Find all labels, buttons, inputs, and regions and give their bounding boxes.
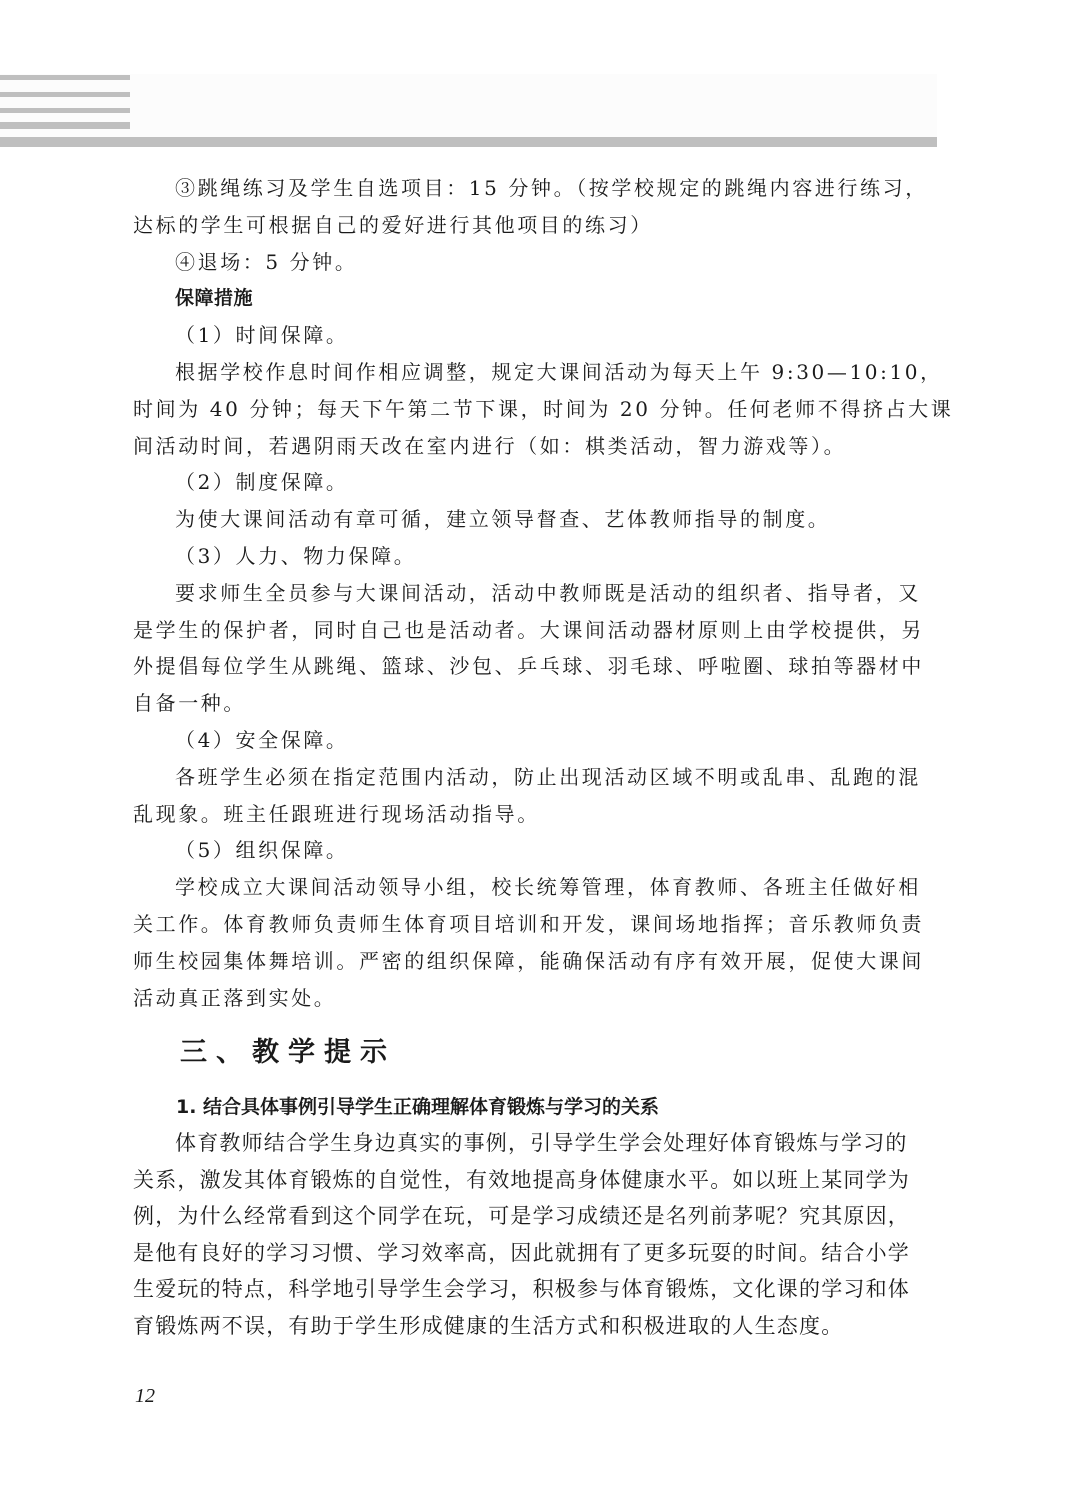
list-heading: （1）时间保障。	[133, 317, 938, 354]
paragraph-line: 达标的学生可根据自己的爱好进行其他项目的练习）	[133, 207, 938, 244]
paragraph-line: 学校成立大课间活动领导小组，校长统筹管理，体育教师、各班主任做好相	[133, 869, 938, 906]
paragraph-line: ③跳绳练习及学生自选项目：15 分钟。（按学校规定的跳绳内容进行练习，	[133, 170, 938, 207]
section-title: 三、教学提示	[180, 1030, 396, 1069]
header-band	[0, 74, 937, 137]
paragraph-line: 是他有良好的学习习惯、学习效率高，因此就拥有了更多玩耍的时间。结合小学	[133, 1235, 938, 1272]
page-number: 12	[135, 1385, 155, 1408]
paragraph-line: 间活动时间，若遇阴雨天改在室内进行（如：棋类活动，智力游戏等）。	[133, 428, 938, 465]
paragraph-line: 是学生的保护者，同时自己也是活动者。大课间活动器材原则上由学校提供，另	[133, 612, 938, 649]
section-subtitle: 1. 结合具体事例引导学生正确理解体育锻炼与学习的关系	[176, 1092, 659, 1119]
paragraph-line: 根据学校作息时间作相应调整，规定大课间活动为每天上午 9:30—10:10，	[133, 354, 938, 391]
paragraph-line: 各班学生必须在指定范围内活动，防止出现活动区域不明或乱串、乱跑的混	[133, 759, 938, 796]
body-text: ③跳绳练习及学生自选项目：15 分钟。（按学校规定的跳绳内容进行练习， 达标的学…	[133, 170, 938, 1016]
paragraph-line: 为使大课间活动有章可循，建立领导督查、艺体教师指导的制度。	[133, 501, 938, 538]
paragraph-line: 自备一种。	[133, 685, 938, 722]
list-heading: （3）人力、物力保障。	[133, 538, 938, 575]
paragraph-line: ④退场：5 分钟。	[133, 244, 938, 281]
paragraph-line: 外提倡每位学生从跳绳、篮球、沙包、乒乓球、羽毛球、呼啦圈、球拍等器材中	[133, 648, 938, 685]
list-heading: （2）制度保障。	[133, 464, 938, 501]
paragraph-line: 要求师生全员参与大课间活动，活动中教师既是活动的组织者、指导者，又	[133, 575, 938, 612]
paragraph-line: 育锻炼两不误，有助于学生形成健康的生活方式和积极进取的人生态度。	[133, 1308, 938, 1345]
paragraph-line: 生爱玩的特点，科学地引导学生会学习，积极参与体育锻炼，文化课的学习和体	[133, 1271, 938, 1308]
paragraph-line: 活动真正落到实处。	[133, 980, 938, 1017]
paragraph-line: 体育教师结合学生身边真实的事例，引导学生学会处理好体育锻炼与学习的	[133, 1125, 938, 1162]
paragraph-line: 关工作。体育教师负责师生体育项目培训和开发，课间场地指挥；音乐教师负责	[133, 906, 938, 943]
paragraph-line: 时间为 40 分钟；每天下午第二节下课，时间为 20 分钟。任何老师不得挤占大课	[133, 391, 938, 428]
paragraph-line: 师生校园集体舞培训。严密的组织保障，能确保活动有序有效开展，促使大课间	[133, 943, 938, 980]
header-rule	[0, 137, 937, 147]
subheading-guarantee: 保障措施	[133, 280, 938, 317]
list-heading: （4）安全保障。	[133, 722, 938, 759]
paragraph-line: 关系，激发其体育锻炼的自觉性，有效地提高身体健康水平。如以班上某同学为	[133, 1162, 938, 1199]
section-body: 体育教师结合学生身边真实的事例，引导学生学会处理好体育锻炼与学习的 关系，激发其…	[133, 1125, 938, 1344]
header-stripe	[0, 108, 130, 113]
header-stripe	[0, 75, 130, 80]
header-stripe	[0, 122, 130, 129]
paragraph-line: 乱现象。班主任跟班进行现场活动指导。	[133, 796, 938, 833]
paragraph-line: 例，为什么经常看到这个同学在玩，可是学习成绩还是名列前茅呢？究其原因，	[133, 1198, 938, 1235]
list-heading: （5）组织保障。	[133, 832, 938, 869]
header-stripe	[0, 92, 130, 97]
